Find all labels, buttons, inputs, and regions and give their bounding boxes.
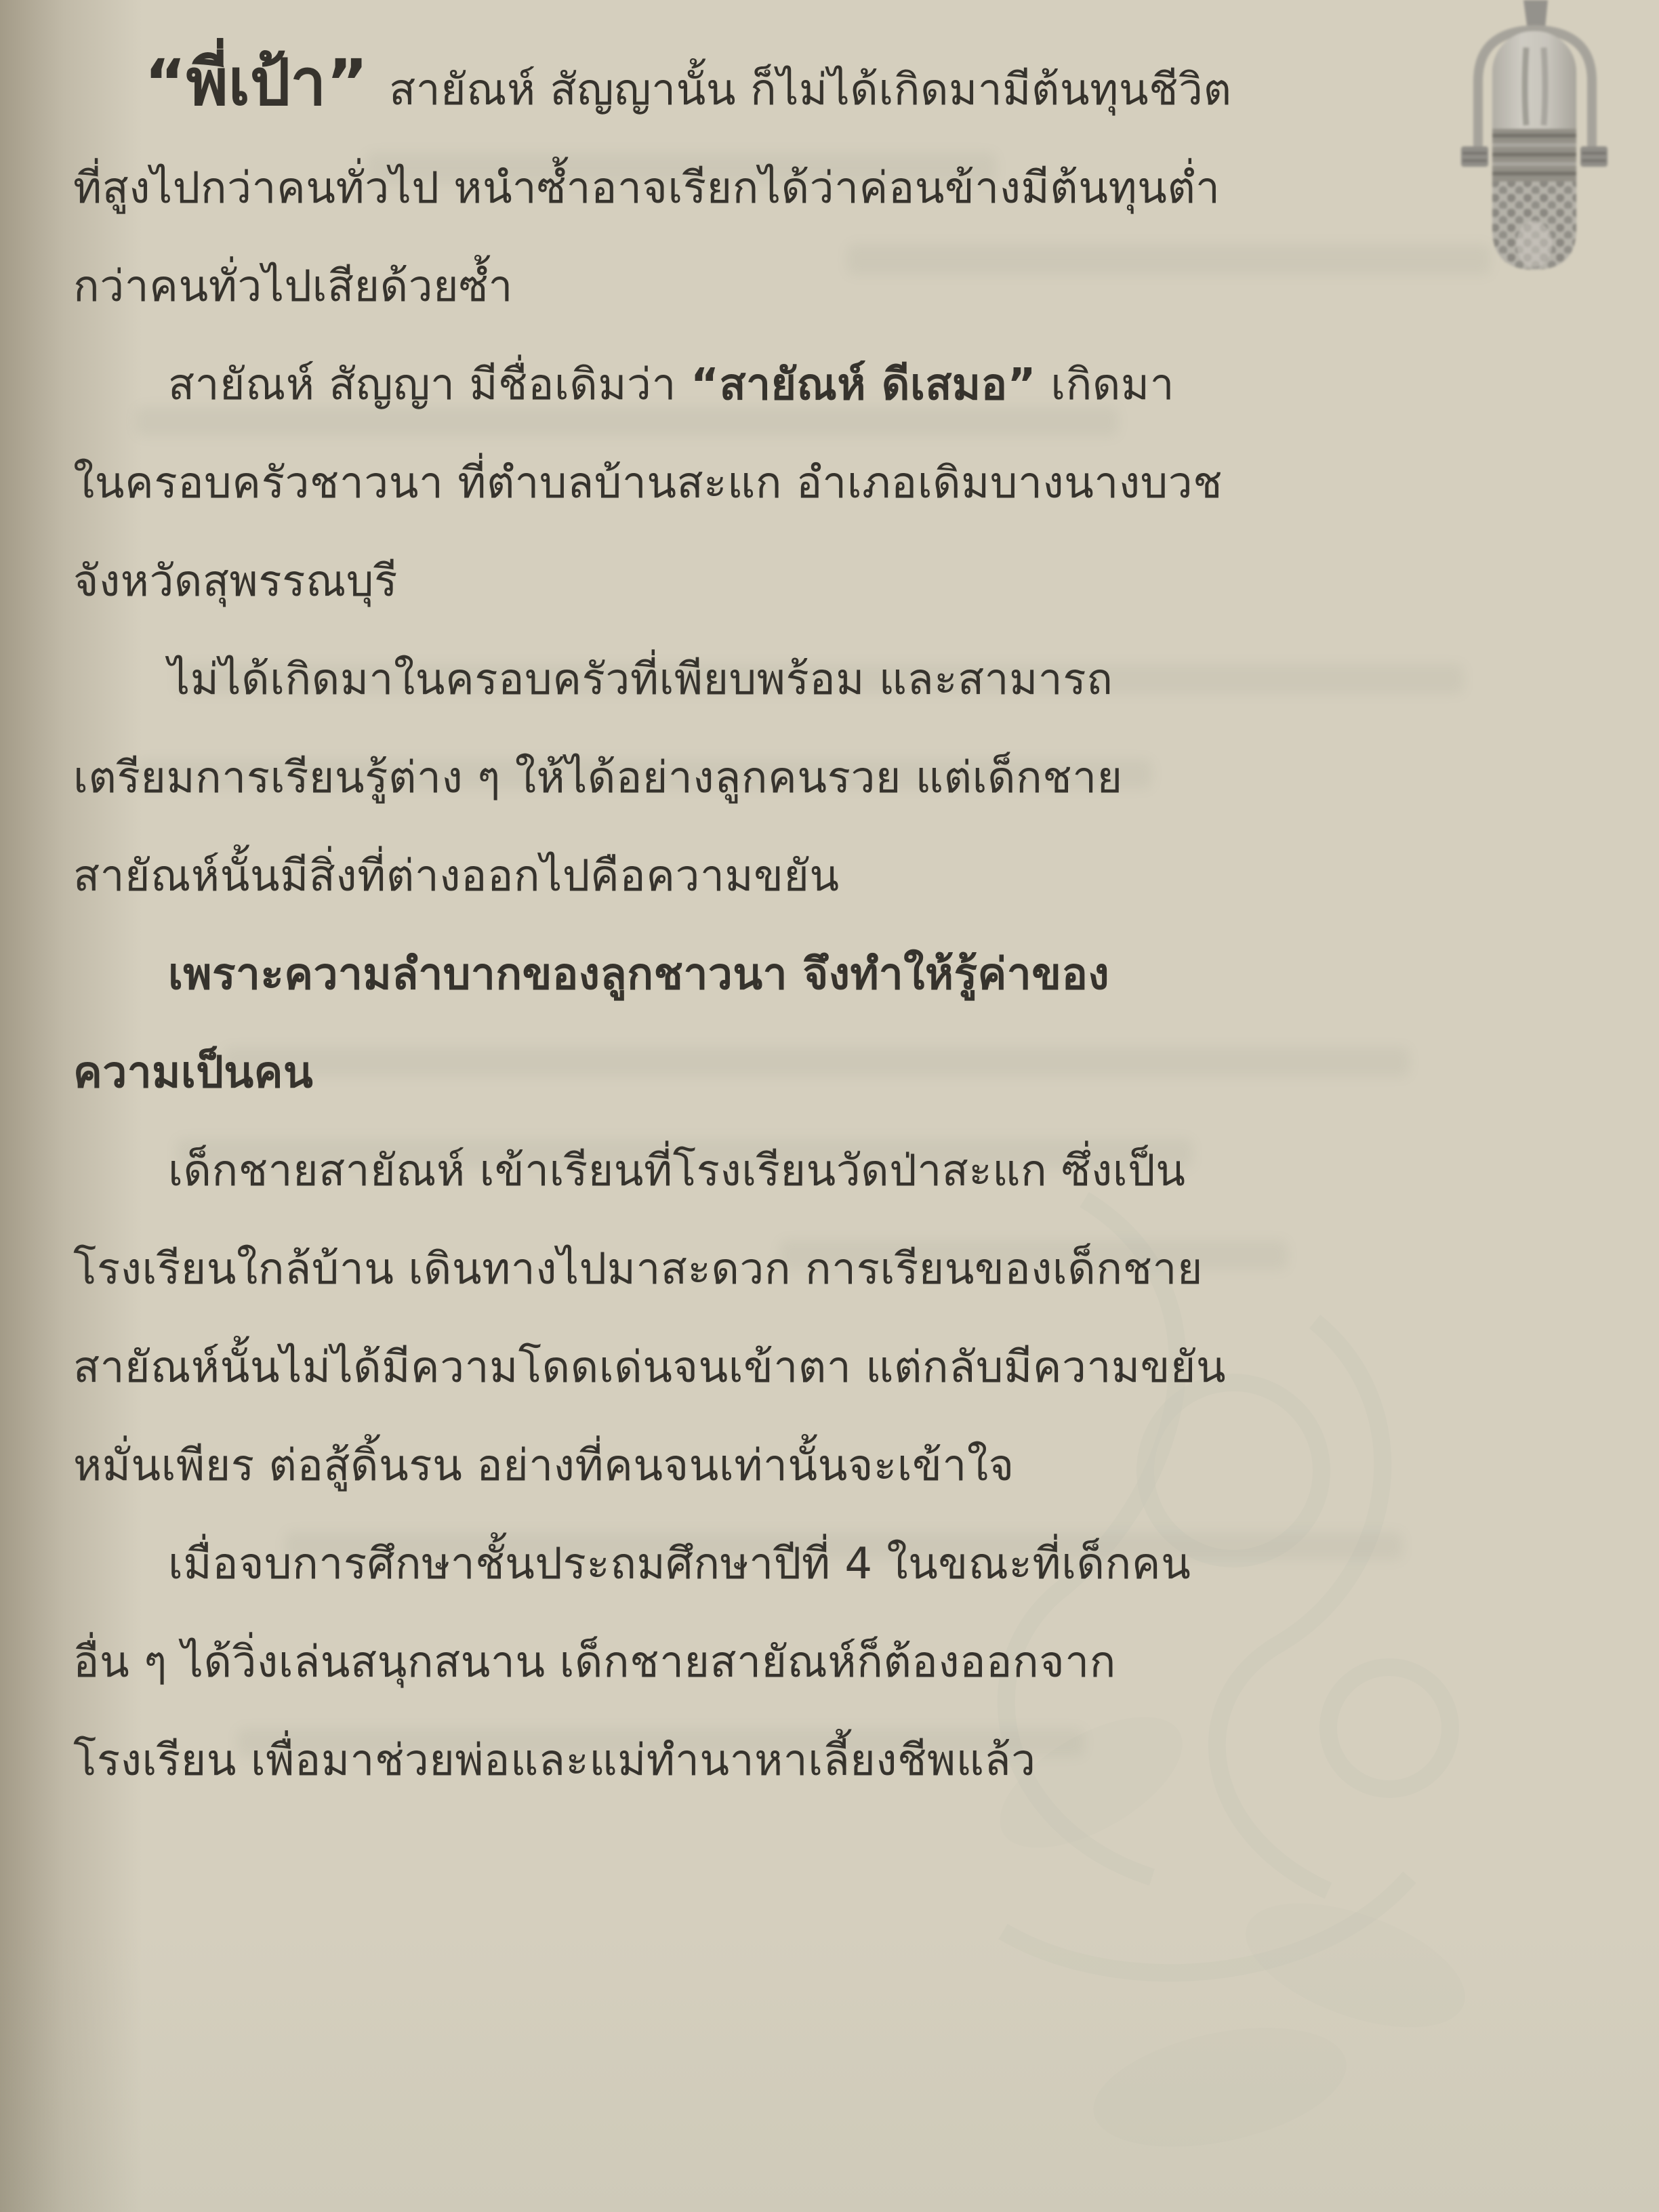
text-line: สายัณห์นั้นไม่ได้มีความโดดเด่นจนเข้าตา แ… bbox=[73, 1319, 1479, 1417]
text-segment: เกิดมา bbox=[1050, 360, 1174, 410]
book-page-photo: “พี่เป้า”สายัณห์ สัญญานั้น ก็ไม่ได้เกิดม… bbox=[0, 0, 1659, 2212]
text-line: จังหวัดสุพรรณบุรี bbox=[73, 533, 1479, 631]
original-name-bold: “สายัณห์ ดีเสมอ” bbox=[691, 360, 1036, 410]
text-line: โรงเรียนใกล้บ้าน เดินทางไปมาสะดวก การเรี… bbox=[73, 1221, 1479, 1319]
text-line: อื่น ๆ ได้วิ่งเล่นสนุกสนาน เด็กชายสายัณห… bbox=[73, 1614, 1479, 1712]
nickname-lead-phrase: “พี่เป้า” bbox=[144, 46, 368, 120]
text-block: “พี่เป้า”สายัณห์ สัญญานั้น ก็ไม่ได้เกิดม… bbox=[73, 34, 1479, 1810]
text-segment: สายัณห์ สัญญา มีชื่อเดิมว่า bbox=[168, 360, 676, 410]
bottom-tint bbox=[0, 1927, 1659, 2212]
text-line: สายัณห์ สัญญา มีชื่อเดิมว่า“สายัณห์ ดีเส… bbox=[73, 336, 1479, 434]
text-line: โรงเรียน เพื่อมาช่วยพ่อและแม่ทำนาหาเลี้ย… bbox=[73, 1712, 1479, 1810]
text-line: สายัณห์นั้นมีสิ่งที่ต่างออกไปคือความขยัน bbox=[73, 827, 1479, 926]
text-line: เมื่อจบการศึกษาชั้นประถมศึกษาปีที่ 4 ในข… bbox=[73, 1515, 1479, 1614]
paragraph-1: “พี่เป้า”สายัณห์ สัญญานั้น ก็ไม่ได้เกิดม… bbox=[73, 34, 1479, 336]
text-line: ที่สูงไปกว่าคนทั่วไป หนำซ้ำอาจเรียกได้ว่… bbox=[73, 140, 1479, 238]
paragraph-5: เด็กชายสายัณห์ เข้าเรียนที่โรงเรียนวัดป่… bbox=[73, 1122, 1479, 1515]
text-line: เพราะความลำบากของลูกชาวนา จึงทำให้รู้ค่า… bbox=[73, 926, 1479, 1024]
text-segment: สายัณห์ สัญญานั้น ก็ไม่ได้เกิดมามีต้นทุน… bbox=[389, 65, 1231, 115]
paragraph-3: ไม่ได้เกิดมาในครอบครัวที่เพียบพร้อม และส… bbox=[73, 631, 1479, 926]
paragraph-4-emphasis: เพราะความลำบากของลูกชาวนา จึงทำให้รู้ค่า… bbox=[73, 926, 1479, 1122]
text-line: ความเป็นคน bbox=[73, 1024, 1479, 1122]
paragraph-6: เมื่อจบการศึกษาชั้นประถมศึกษาปีที่ 4 ในข… bbox=[73, 1515, 1479, 1810]
text-line: ในครอบครัวชาวนา ที่ตำบลบ้านสะแก อำเภอเดิ… bbox=[73, 434, 1479, 533]
text-line: “พี่เป้า”สายัณห์ สัญญานั้น ก็ไม่ได้เกิดม… bbox=[73, 34, 1479, 140]
text-line: เตรียมการเรียนรู้ต่าง ๆ ให้ได้อย่างลูกคน… bbox=[73, 729, 1479, 827]
text-line: หมั่นเพียร ต่อสู้ดิ้นรน อย่างที่คนจนเท่า… bbox=[73, 1417, 1479, 1515]
text-line: เด็กชายสายัณห์ เข้าเรียนที่โรงเรียนวัดป่… bbox=[73, 1122, 1479, 1221]
text-line: กว่าคนทั่วไปเสียด้วยซ้ำ bbox=[73, 238, 1479, 336]
text-line: ไม่ได้เกิดมาในครอบครัวที่เพียบพร้อม และส… bbox=[73, 631, 1479, 729]
paragraph-2: สายัณห์ สัญญา มีชื่อเดิมว่า“สายัณห์ ดีเส… bbox=[73, 336, 1479, 631]
